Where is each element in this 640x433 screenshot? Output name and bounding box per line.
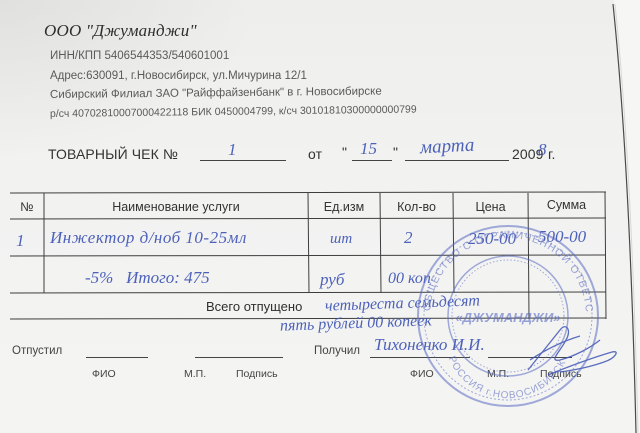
svg-text:ОБЩЕСТВО С ОГРАНИЧЕННОЙ ОТВЕТС: ОБЩЕСТВО С ОГРАНИЧЕННОЙ ОТВЕТСТВЕННОСТЬЮ bbox=[0, 0, 595, 313]
company-stamp-icon: ОБЩЕСТВО С ОГРАНИЧЕННОЙ ОТВЕТСТВЕННОСТЬЮ… bbox=[0, 0, 640, 433]
stamp-outer-text: ОБЩЕСТВО С ОГРАНИЧЕННОЙ ОТВЕТСТВЕННОСТЬЮ bbox=[0, 0, 595, 313]
stamp-center-text: «ДЖУМАНДЖИ» bbox=[455, 310, 560, 325]
